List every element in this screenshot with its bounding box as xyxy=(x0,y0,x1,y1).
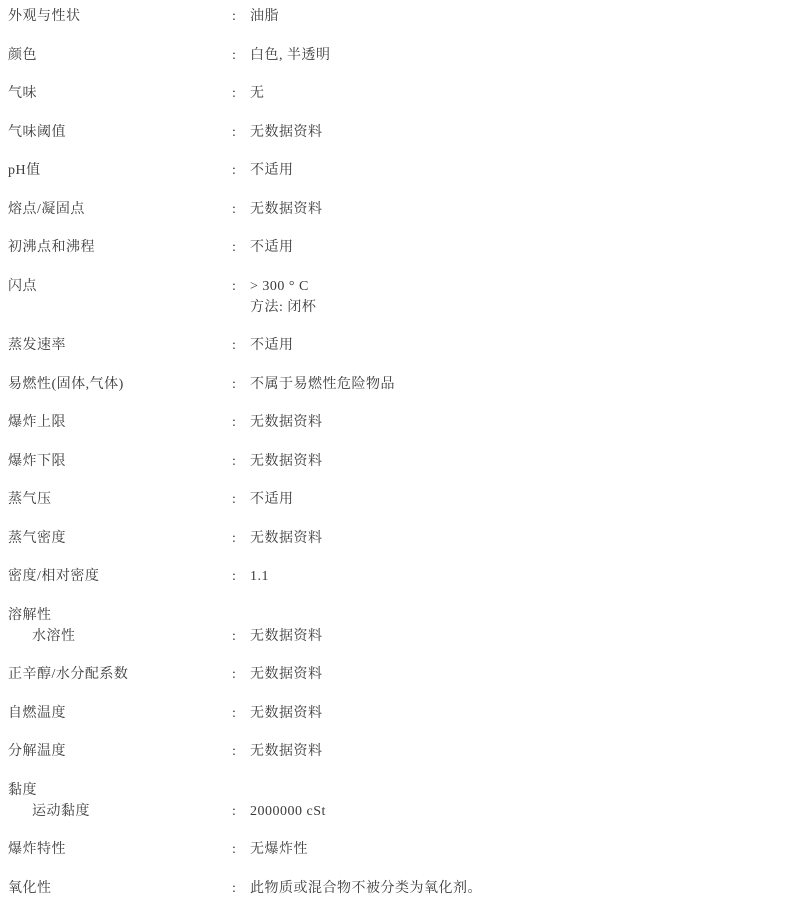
property-value-line: 1.1 xyxy=(250,566,780,587)
colon-separator: : xyxy=(232,489,250,510)
property-label: pH值 xyxy=(8,160,232,181)
physical-chemical-properties-section: 外观与性状 : 油脂 颜色 : 白色, 半透明 气味 : 无 气味阈值 : 无数… xyxy=(0,0,790,905)
property-value: 无数据资料 xyxy=(250,664,780,685)
property-label: 易燃性(固体,气体) xyxy=(8,374,232,395)
property-row-line: 运动黏度 : 2000000 cSt xyxy=(8,801,780,822)
property-row: 闪点 : > 300 ° C方法: 闭杯 xyxy=(8,276,780,318)
colon-separator: : xyxy=(232,122,250,143)
property-row: 分解温度 : 无数据资料 xyxy=(8,741,780,762)
property-row: 气味阈值 : 无数据资料 xyxy=(8,122,780,143)
colon-separator: : xyxy=(232,741,250,762)
property-value: 无数据资料 xyxy=(250,122,780,143)
property-value: 无数据资料 xyxy=(250,528,780,549)
property-group-label: 溶解性 xyxy=(8,605,780,626)
property-value-line: 无数据资料 xyxy=(250,528,780,549)
property-row: 外观与性状 : 油脂 xyxy=(8,6,780,27)
property-value: 1.1 xyxy=(250,566,780,587)
colon-separator: : xyxy=(232,335,250,356)
property-label: 水溶性 xyxy=(8,626,232,647)
property-value: 无数据资料 xyxy=(250,451,780,472)
property-value-line: 不适用 xyxy=(250,335,780,356)
property-value-line: 不属于易燃性危险物品 xyxy=(250,374,780,395)
property-row-line: 自燃温度 : 无数据资料 xyxy=(8,703,780,724)
property-value-line-2: 方法: 闭杯 xyxy=(250,297,780,318)
property-value-line: 白色, 半透明 xyxy=(250,45,780,66)
colon-separator: : xyxy=(232,878,250,899)
colon-separator: : xyxy=(232,664,250,685)
property-row-line: 分解温度 : 无数据资料 xyxy=(8,741,780,762)
property-row-line: 爆炸下限 : 无数据资料 xyxy=(8,451,780,472)
property-group-label: 黏度 xyxy=(8,780,780,801)
property-label: 爆炸特性 xyxy=(8,839,232,860)
property-value: 不属于易燃性危险物品 xyxy=(250,374,780,395)
property-label: 熔点/凝固点 xyxy=(8,199,232,220)
property-value-line: 无数据资料 xyxy=(250,122,780,143)
colon-separator: : xyxy=(232,566,250,587)
property-value-line: 不适用 xyxy=(250,489,780,510)
colon-separator: : xyxy=(232,237,250,258)
property-row: 蒸发速率 : 不适用 xyxy=(8,335,780,356)
property-label: 爆炸上限 xyxy=(8,412,232,433)
colon-separator: : xyxy=(232,626,250,647)
colon-separator: : xyxy=(232,528,250,549)
colon-separator: : xyxy=(232,374,250,395)
property-row: 自燃温度 : 无数据资料 xyxy=(8,703,780,724)
property-row: 溶解性 水溶性 : 无数据资料 xyxy=(8,605,780,647)
property-value-line: 无数据资料 xyxy=(250,626,780,647)
property-row-line: 外观与性状 : 油脂 xyxy=(8,6,780,27)
property-row-line: 气味 : 无 xyxy=(8,83,780,104)
property-row-line: pH值 : 不适用 xyxy=(8,160,780,181)
property-row-line: 爆炸特性 : 无爆炸性 xyxy=(8,839,780,860)
property-value-line: 无数据资料 xyxy=(250,451,780,472)
property-value: 不适用 xyxy=(250,237,780,258)
property-row: 熔点/凝固点 : 无数据资料 xyxy=(8,199,780,220)
property-row: 黏度 运动黏度 : 2000000 cSt xyxy=(8,780,780,822)
property-row: 易燃性(固体,气体) : 不属于易燃性危险物品 xyxy=(8,374,780,395)
property-value: 不适用 xyxy=(250,489,780,510)
colon-separator: : xyxy=(232,83,250,104)
property-label: 爆炸下限 xyxy=(8,451,232,472)
property-row: pH值 : 不适用 xyxy=(8,160,780,181)
property-value-line: 无数据资料 xyxy=(250,664,780,685)
colon-separator: : xyxy=(232,412,250,433)
property-row: 氧化性 : 此物质或混合物不被分类为氧化剂。 xyxy=(8,878,780,899)
colon-separator: : xyxy=(232,6,250,27)
property-value: 无数据资料 xyxy=(250,703,780,724)
property-value: 2000000 cSt xyxy=(250,801,780,822)
property-label: 分解温度 xyxy=(8,741,232,762)
property-label: 外观与性状 xyxy=(8,6,232,27)
property-value: 油脂 xyxy=(250,6,780,27)
property-row: 初沸点和沸程 : 不适用 xyxy=(8,237,780,258)
property-label: 颜色 xyxy=(8,45,232,66)
property-row-line: 水溶性 : 无数据资料 xyxy=(8,626,780,647)
property-value-line: 不适用 xyxy=(250,237,780,258)
property-label: 氧化性 xyxy=(8,878,232,899)
property-value: 不适用 xyxy=(250,335,780,356)
property-value-line: 无数据资料 xyxy=(250,703,780,724)
property-row-line: 易燃性(固体,气体) : 不属于易燃性危险物品 xyxy=(8,374,780,395)
property-label: 蒸发速率 xyxy=(8,335,232,356)
property-label: 气味 xyxy=(8,83,232,104)
property-row-line: 颜色 : 白色, 半透明 xyxy=(8,45,780,66)
colon-separator: : xyxy=(232,703,250,724)
property-value-line: 不适用 xyxy=(250,160,780,181)
colon-separator: : xyxy=(232,199,250,220)
colon-separator: : xyxy=(232,160,250,181)
property-label: 自燃温度 xyxy=(8,703,232,724)
property-row: 爆炸下限 : 无数据资料 xyxy=(8,451,780,472)
property-value-line: 此物质或混合物不被分类为氧化剂。 xyxy=(250,878,780,899)
property-value: 此物质或混合物不被分类为氧化剂。 xyxy=(250,878,780,899)
property-row: 爆炸上限 : 无数据资料 xyxy=(8,412,780,433)
property-label: 运动黏度 xyxy=(8,801,232,822)
property-row: 爆炸特性 : 无爆炸性 xyxy=(8,839,780,860)
property-value-line: 无数据资料 xyxy=(250,412,780,433)
property-row-line: 氧化性 : 此物质或混合物不被分类为氧化剂。 xyxy=(8,878,780,899)
property-row: 蒸气压 : 不适用 xyxy=(8,489,780,510)
property-row-line: 初沸点和沸程 : 不适用 xyxy=(8,237,780,258)
property-label: 正辛醇/水分配系数 xyxy=(8,664,232,685)
colon-separator: : xyxy=(232,45,250,66)
property-label: 气味阈值 xyxy=(8,122,232,143)
property-row: 气味 : 无 xyxy=(8,83,780,104)
property-label: 蒸气密度 xyxy=(8,528,232,549)
colon-separator: : xyxy=(232,839,250,860)
property-value: 无数据资料 xyxy=(250,626,780,647)
property-row: 正辛醇/水分配系数 : 无数据资料 xyxy=(8,664,780,685)
property-row: 蒸气密度 : 无数据资料 xyxy=(8,528,780,549)
property-value: 无 xyxy=(250,83,780,104)
property-row-line: 蒸发速率 : 不适用 xyxy=(8,335,780,356)
property-value-line: > 300 ° C xyxy=(250,276,780,297)
colon-separator: : xyxy=(232,801,250,822)
property-value-line: 无数据资料 xyxy=(250,741,780,762)
property-value-line: 无数据资料 xyxy=(250,199,780,220)
property-row-line: 蒸气压 : 不适用 xyxy=(8,489,780,510)
property-row: 颜色 : 白色, 半透明 xyxy=(8,45,780,66)
colon-separator: : xyxy=(232,451,250,472)
property-label: 闪点 xyxy=(8,276,232,297)
property-label: 初沸点和沸程 xyxy=(8,237,232,258)
property-row-line: 气味阈值 : 无数据资料 xyxy=(8,122,780,143)
property-value-line: 无爆炸性 xyxy=(250,839,780,860)
property-value-line: 2000000 cSt xyxy=(250,801,780,822)
property-row-line: 闪点 : > 300 ° C方法: 闭杯 xyxy=(8,276,780,318)
property-value: 不适用 xyxy=(250,160,780,181)
property-value-line: 无 xyxy=(250,83,780,104)
property-row: 密度/相对密度 : 1.1 xyxy=(8,566,780,587)
property-row-line: 密度/相对密度 : 1.1 xyxy=(8,566,780,587)
property-value: 无爆炸性 xyxy=(250,839,780,860)
property-row-line: 爆炸上限 : 无数据资料 xyxy=(8,412,780,433)
colon-separator: : xyxy=(232,276,250,297)
property-list: 外观与性状 : 油脂 颜色 : 白色, 半透明 气味 : 无 气味阈值 : 无数… xyxy=(8,6,780,899)
property-row-line: 蒸气密度 : 无数据资料 xyxy=(8,528,780,549)
property-label: 蒸气压 xyxy=(8,489,232,510)
property-value-line: 油脂 xyxy=(250,6,780,27)
property-label: 密度/相对密度 xyxy=(8,566,232,587)
property-value: 白色, 半透明 xyxy=(250,45,780,66)
property-row-line: 熔点/凝固点 : 无数据资料 xyxy=(8,199,780,220)
property-row-line: 正辛醇/水分配系数 : 无数据资料 xyxy=(8,664,780,685)
property-value: 无数据资料 xyxy=(250,199,780,220)
property-value: > 300 ° C方法: 闭杯 xyxy=(250,276,780,318)
property-value: 无数据资料 xyxy=(250,412,780,433)
property-value: 无数据资料 xyxy=(250,741,780,762)
